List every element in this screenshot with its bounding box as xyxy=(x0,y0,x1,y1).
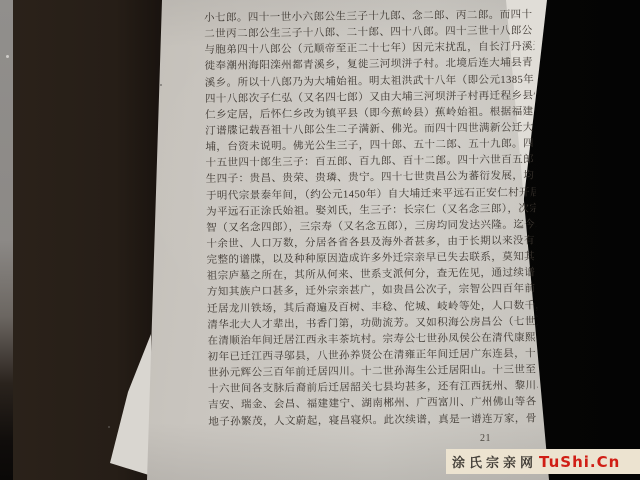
page-number: 21 xyxy=(480,433,491,444)
dust-speck xyxy=(108,426,110,428)
watermark-strip: 涂氏宗亲网 TuShi.Cn xyxy=(446,449,640,474)
text-line: 地子孙繁茂，人文蔚起，寝昌寝炽。此次续谱，真是一谱连万家，骨 xyxy=(208,411,538,431)
background-left-strip xyxy=(0,0,13,480)
dust-speck xyxy=(6,55,9,58)
page-text-block: 小七郎。四十一世小六郎公生三子十九郎、念二郎、丙二郎。而四十 二世丙二郎公生三子… xyxy=(204,8,538,431)
watermark-site-url: TuShi.Cn xyxy=(539,453,620,471)
watermark-site-name-chinese: 涂氏宗亲网 xyxy=(452,452,537,471)
photo-of-genealogy-page: 小七郎。四十一世小六郎公生三子十九郎、念二郎、丙二郎。而四十 二世丙二郎公生三子… xyxy=(0,0,640,480)
dust-speck xyxy=(160,84,162,86)
